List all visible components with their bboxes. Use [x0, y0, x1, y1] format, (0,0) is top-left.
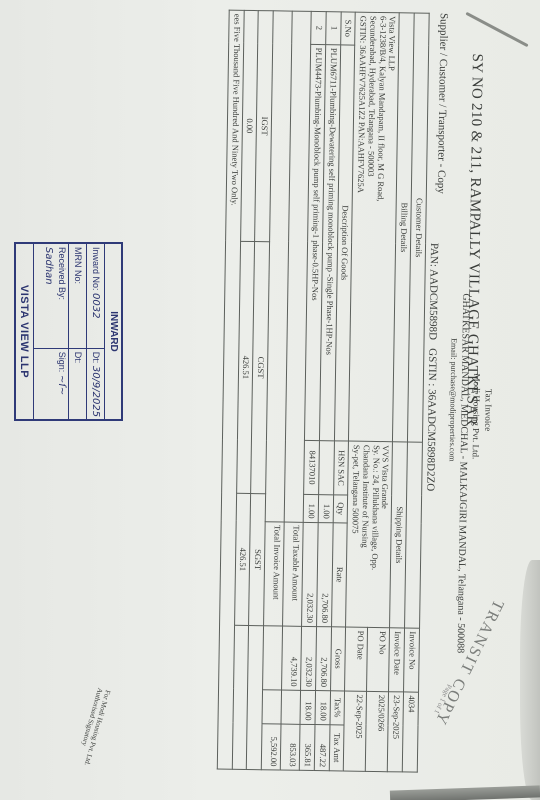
row-tax-amt: 487.22: [314, 724, 329, 771]
row-hsn: [318, 441, 334, 495]
inward-stamp-content: INWARD Inward No: 0032 Dt: 30/9/2025 MRN…: [16, 244, 121, 419]
invoice-table: Customer Details Invoice No 4034 Billing…: [217, 10, 430, 773]
total-invoice-label: Total Invoice Amount: [264, 521, 285, 626]
po-date: 22-Sep-2025: [344, 691, 367, 771]
row-rate: 2,032.30: [302, 522, 318, 627]
company-name: Modi Housing Pvt. Ltd.: [470, 373, 482, 459]
sgst-value: 426.51: [234, 493, 251, 625]
row-gross: 2,706.80: [315, 626, 331, 690]
invoice-no: 4034: [403, 692, 419, 772]
stamp-company: VISTA VIEW LLP: [15, 244, 33, 419]
total-tax: 853.03: [280, 724, 300, 771]
col-tax-amt: Tax Amt: [329, 724, 344, 771]
col-gross: Gross: [330, 627, 346, 691]
shipping-address: VVS Vista Grande Sy. No.: 24, Pillukhana…: [346, 441, 393, 627]
total-taxable: 4,739.10: [282, 626, 302, 690]
stamp-received-row: Received By:Sadhan Sign: ~ſ~: [33, 244, 68, 419]
shipping-details-header: Shipping Details: [390, 442, 408, 628]
col-rate: Rate: [331, 522, 347, 627]
inward-date-label: Dt:: [91, 352, 101, 364]
inward-stamp: INWARD Inward No: 0032 Dt: 30/9/2025 MRN…: [14, 242, 123, 421]
gstin: GSTIN : 36AADCM5898D2ZO: [424, 348, 438, 491]
inward-no-label: Inward No:: [91, 247, 101, 291]
inward-no: 0032: [90, 293, 101, 318]
invoice-sheet: Tax Invoice SY NO 210 & 211, RAMPALLY VI…: [75, 0, 508, 794]
col-tax-pct: Tax%: [330, 691, 345, 725]
pan: PAN: AADCM5898D: [427, 243, 441, 340]
row-qty: 1.00: [303, 494, 318, 522]
invoice-date-label: Invoice Date: [389, 628, 405, 692]
stamp-title: INWARD: [104, 244, 121, 419]
row-tax-amt: 365.81: [299, 724, 314, 771]
sign-label: Sign:: [57, 352, 67, 373]
received-by: Sadhan: [42, 247, 55, 348]
row-hsn: 84137010: [304, 440, 320, 494]
po-no: 2025/0266: [366, 691, 389, 771]
stamp-mrn-row: MRN No: Dt:: [68, 244, 86, 419]
col-sno: S.No: [340, 12, 355, 45]
po-no-label: PO No: [367, 627, 390, 691]
received-by-label: Received By:: [55, 247, 68, 348]
inward-date: 30/9/2025: [90, 366, 101, 417]
sgst-label: SGST: [249, 494, 266, 626]
shipping-header-blank: [405, 442, 423, 628]
po-date-label: PO Date: [345, 627, 368, 691]
blank-cell: [263, 626, 283, 690]
row-gross: 2,032.30: [301, 626, 317, 690]
blank-cell: [232, 625, 249, 769]
row-sno: 1: [326, 12, 341, 45]
doc-type: Tax Invoice: [483, 389, 494, 432]
pan-gstin-line: PAN: AADCM5898D GSTIN : 36AADCM5898D2ZO: [424, 243, 441, 492]
invoice-header: Tax Invoice SY NO 210 & 211, RAMPALLY VI…: [495, 0, 508, 794]
blank-cell: [262, 690, 282, 724]
blank-cell: [247, 625, 264, 769]
row-rate: 2,706.80: [316, 522, 332, 627]
blank-cell: [281, 690, 301, 724]
total-invoice: 5,592.00: [261, 723, 281, 770]
total-taxable-label: Total Taxable Amount: [283, 522, 304, 627]
copy-line: Supplier / Customer / Transporter - Copy: [434, 13, 449, 194]
signatory: For Modi Housing Pvt. Ltd. Authorised Si…: [75, 687, 112, 767]
stamp-inward-row: Inward No: 0032 Dt: 30/9/2025: [86, 244, 104, 419]
row-tax-pct: 18.00: [300, 690, 315, 724]
col-qty: Qty: [333, 495, 348, 523]
signature-mark: ~ſ~: [56, 375, 67, 395]
row-sno: 2: [311, 11, 326, 44]
mrn-date-label: Dt:: [69, 349, 86, 419]
photo-shadow: [520, 560, 540, 800]
mrn-label: MRN No:: [69, 244, 86, 349]
email-line: Email: purchase@modiproperties.com: [447, 338, 458, 461]
invoice-date: 23-Sep-2025: [388, 692, 404, 772]
row-tax-pct: 18.00: [315, 690, 330, 724]
billing-address: Vista View LLP 6-3-1238/B/4, Kalyan Mand…: [349, 12, 400, 442]
row-qty: 1.00: [318, 495, 333, 523]
invoice-no-label: Invoice No: [404, 628, 420, 692]
col-hsn: HSN SAC: [333, 441, 349, 495]
